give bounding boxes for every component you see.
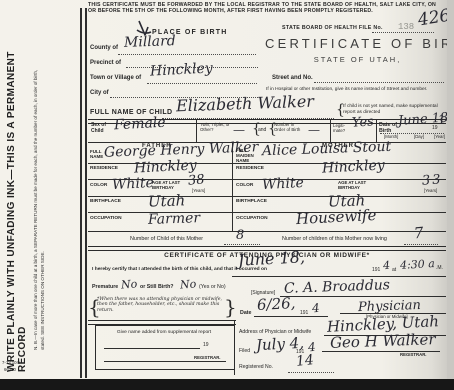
child-name-value: Elizabeth Walker (176, 94, 314, 115)
margin-permanent-record-text: WRITE PLAINLY WITH UNFADING INK—THIS IS … (6, 20, 19, 372)
dob-day-bracket: [Day] (414, 135, 424, 140)
sex-row-divider-1 (196, 120, 197, 142)
occurred-date-value: June 18, (238, 249, 306, 268)
street-leader (314, 81, 444, 83)
occurred-year-value: 4 (383, 260, 391, 272)
city-label: City of (90, 90, 109, 97)
stillbirth-value: No (180, 278, 197, 290)
mother-age-label: AGE AT LAST BIRTHDAY (338, 181, 372, 191)
father-age-label: AGE AT LAST BIRTHDAY (152, 181, 186, 191)
children-living-value: 7 (413, 226, 424, 242)
file-number-stamped: 138 (398, 22, 414, 32)
sex-value: Female (114, 116, 166, 133)
signature-underline (280, 296, 446, 297)
scan-bottom-shadow (0, 379, 454, 390)
street-label: Street and No. (272, 75, 313, 82)
registered-no-leader (288, 371, 334, 373)
children-total-leader (224, 243, 260, 245)
mother-occupation-label: OCCUPATION (236, 216, 268, 222)
certificate-subtitle: STATE OF UTAH, (265, 56, 450, 65)
mother-name-label: FULL MAIDEN NAME (236, 148, 258, 164)
at-label: at (392, 268, 396, 274)
registered-no-label: Registered No. (239, 365, 273, 371)
county-leader (118, 53, 256, 55)
occurred-underline (232, 276, 446, 277)
legitimate-value: Yes (352, 115, 375, 129)
occurred-time-value: 4:30 a (400, 258, 435, 271)
rule-row-birthplace (88, 212, 446, 213)
dob-year-printed: 19 (432, 126, 438, 132)
physician-date-value: 6/26, (257, 296, 296, 313)
and-label: and (258, 128, 266, 134)
sex-label: Sex of Child (91, 123, 115, 135)
county-label: County of (90, 45, 118, 52)
mother-residence-label: RESIDENCE (236, 166, 264, 172)
order-label: Number in Order of Birth (274, 122, 304, 132)
margin-nb-note: N. B.—In case of more than one child at … (33, 55, 48, 350)
mother-color-label: COLOR (236, 183, 253, 189)
filed-label: Filed (239, 349, 250, 355)
file-number-label: STATE BOARD OF HEALTH FILE No. (282, 25, 383, 31)
twin-label: Twin, Triplet, or Other? (200, 122, 232, 132)
registrar-signature: Geo H Walker (330, 332, 436, 351)
capacity-value: Physician (358, 299, 421, 314)
supplemental-line-1 (104, 348, 200, 349)
margin-rule-inner (85, 8, 87, 378)
father-occupation-label: OCCUPATION (90, 216, 122, 222)
mother-years-bracket: [Years] (424, 189, 437, 194)
certificate-title: CERTIFICATE OF BIRTH, (265, 37, 450, 52)
legitimate-label: Legiti- mate? (333, 123, 353, 133)
sex-row-divider-2 (330, 120, 331, 142)
town-value: Hinckley (150, 61, 213, 78)
supplemental-registrar-caption: REGISTRAR. (194, 356, 221, 361)
children-living-label: Number of children of this Mother now li… (282, 236, 387, 242)
mother-color-value: White (262, 176, 304, 192)
town-label: Town or Village of (90, 75, 141, 82)
mother-residence-value: Hinckley (322, 158, 385, 175)
forwarding-instruction: THIS CERTIFICATE MUST BE FORWARDED BY TH… (88, 3, 436, 15)
physician-date-label: Date (240, 310, 251, 316)
form-code-line2: 66710 (4, 368, 16, 373)
form-code-line1: 7-13 10m (2, 361, 20, 366)
father-birthplace-value: Utah (148, 193, 186, 209)
children-total-value: 8 (236, 229, 244, 242)
occurred-year-printed: 191 (372, 268, 380, 274)
scan-right-edge (447, 0, 454, 379)
father-color-value: White (112, 176, 154, 192)
stillbirth-label: or Still Birth? (140, 284, 174, 290)
father-years-bracket: [Years] (192, 189, 205, 194)
premature-label: Premature (92, 284, 118, 290)
mother-occupation-value: Housewife (296, 208, 377, 227)
order-value: — (308, 124, 320, 136)
mother-age-value: 33 (422, 173, 443, 187)
children-living-leader (404, 243, 438, 245)
father-color-label: COLOR (90, 183, 107, 189)
premature-value: No (121, 278, 138, 290)
mother-birthplace-label: BIRTHPLACE (236, 199, 267, 205)
registered-no-value: 14 (295, 353, 314, 369)
father-residence-label: RESIDENCE (90, 166, 118, 172)
supplemental-year: 19 (203, 343, 209, 349)
children-total-label: Number of Child of this Mother (130, 236, 203, 242)
dob-year-bracket: [Year] (434, 135, 445, 140)
margin-rule-outer (80, 8, 82, 378)
father-birthplace-label: BIRTHPLACE (90, 199, 121, 205)
father-age-value: 38 (187, 173, 205, 187)
father-occupation-value: Farmer (148, 211, 201, 227)
town-leader (147, 82, 257, 84)
physician-date-underline (254, 316, 328, 317)
note-brace-right: } (224, 295, 237, 319)
birth-certificate-scan: THIS CERTIFICATE MUST BE FORWARDED BY TH… (0, 0, 454, 390)
precinct-label: Precinct of (90, 60, 121, 67)
rule-row-occupation (88, 231, 446, 232)
yes-no-hint: (Yes or No) (199, 284, 226, 290)
rule-row-color (88, 196, 446, 197)
supplemental-line-2 (104, 361, 226, 362)
physician-date-year-value: 4 (311, 302, 320, 315)
county-value: Millard (124, 34, 176, 50)
physician-signature-value: C. A. Broaddus (284, 278, 390, 296)
no-attendant-note: *When there was no attending physician o… (97, 297, 223, 313)
m-label: .M. (436, 266, 443, 272)
twin-value: — (233, 124, 245, 136)
registrar-caption: REGISTRAR. (400, 353, 427, 358)
supplemental-box-label: Give name added from supplemental report (99, 330, 229, 336)
